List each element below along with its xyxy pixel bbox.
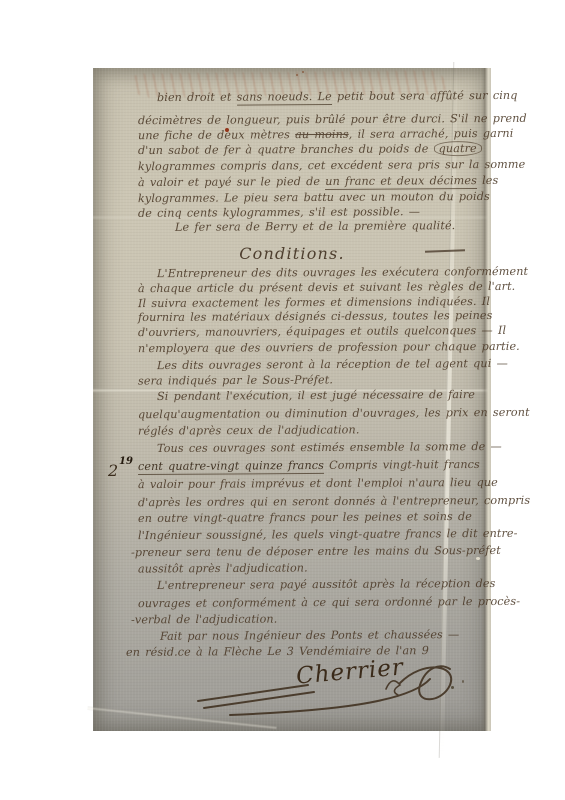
circled-text: quatre <box>434 141 482 156</box>
manuscript-line: à valoir pour frais imprévus et dont l'e… <box>138 476 498 491</box>
ink-speck <box>296 74 298 76</box>
manuscript-line: quelqu'augmentation ou diminution d'ouvr… <box>138 406 530 421</box>
manuscript-line: en outre vingt-quatre francs pour les pe… <box>138 510 472 525</box>
margin-number: 19 <box>119 456 133 467</box>
manuscript-line: -verbal de l'adjudication. <box>131 613 277 627</box>
manuscript-line: n'employera que des ouvriers de professi… <box>138 340 520 355</box>
manuscript-line: L'Entrepreneur des dits ouvrages les exé… <box>157 265 528 280</box>
section-heading: Conditions. <box>93 244 491 263</box>
manuscript-line: aussitôt après l'adjudication. <box>138 561 308 575</box>
manuscript-line: d'un sabot de fer à quatre branches du p… <box>138 142 482 157</box>
underlined-text: cent quatre-vingt quinze francs <box>138 459 324 475</box>
manuscript-line: Tous ces ouvrages sont estimés ensemble … <box>157 440 502 455</box>
manuscript-line: sera indiqués par le Sous-Préfet. <box>138 373 333 387</box>
manuscript-line: Il suivra exactement les formes et dimen… <box>138 295 490 310</box>
manuscript-line: décimètres de longueur, puis brûlé pour … <box>138 112 527 127</box>
photo-matte: bien droit et sans noeuds. Le petit bout… <box>0 0 565 800</box>
manuscript-line: ouvrages et conformément à ce qui sera o… <box>138 595 520 610</box>
manuscript-line: cent quatre-vingt quinze francs Compris … <box>138 458 480 473</box>
manuscript-line: Le fer sera de Berry et de la première q… <box>175 219 455 234</box>
manuscript-line: réglés d'après ceux de l'adjudication. <box>138 423 360 437</box>
underlined-text: sans noeuds. Le <box>237 90 332 106</box>
closing-line: Fait par nous Ingénieur des Ponts et cha… <box>160 628 459 643</box>
paper-nick <box>476 557 480 560</box>
manuscript-line: de cinq cents kylogrammes, s'il est poss… <box>138 205 420 220</box>
manuscript-page: bien droit et sans noeuds. Le petit bout… <box>93 68 491 731</box>
manuscript-line: -preneur sera tenu de déposer entre les … <box>131 544 501 559</box>
manuscript-line: fournira les matériaux désignés ci-dessu… <box>138 309 493 324</box>
manuscript-line: Si pendant l'exécution, il est jugé néce… <box>157 388 475 403</box>
signature-block: Cherrier <box>178 653 478 738</box>
manuscript-line: L'entrepreneur sera payé aussitôt après … <box>157 577 496 592</box>
text-run: les <box>477 174 498 187</box>
underlined-text: un franc et deux décimes <box>325 174 477 190</box>
manuscript-line: l'Ingénieur soussigné, les quels vingt-q… <box>138 527 518 542</box>
manuscript-line: bien droit et sans noeuds. Le petit bout… <box>157 89 518 104</box>
manuscript-line: Les dits ouvrages seront à la réception … <box>157 357 508 372</box>
text-run: à valoir et payé sur le pied de <box>138 175 325 189</box>
text-run: bien droit et <box>157 91 237 104</box>
manuscript-line: kylogrammes. Le pieu sera battu avec un … <box>138 190 490 205</box>
manuscript-line: à valoir et payé sur le pied de un franc… <box>138 174 498 189</box>
manuscript-line: une fiche de deux mètres au moins, il se… <box>138 127 513 142</box>
text-run: , il sera arraché, puis garni <box>349 127 514 141</box>
ink-speck <box>302 71 304 73</box>
manuscript-line: d'ouvriers, manouvriers, équipages et ou… <box>138 324 506 339</box>
text-run: d'un sabot de fer à quatre branches du p… <box>138 142 434 157</box>
manuscript-line: kylogrammes compris dans, cet excédent s… <box>138 158 525 173</box>
text-run: petit bout sera affûté sur cinq <box>332 89 518 103</box>
manuscript-line: à chaque article du présent devis et sui… <box>138 280 515 295</box>
text-run: Compris vingt-huit francs <box>324 458 480 472</box>
text-run: une fiche de deux mètres <box>138 128 295 142</box>
manuscript-line: d'après les ordres qui en seront donnés … <box>138 494 530 509</box>
struck-text: au moins <box>295 128 349 141</box>
margin-number: 2 <box>108 461 118 480</box>
